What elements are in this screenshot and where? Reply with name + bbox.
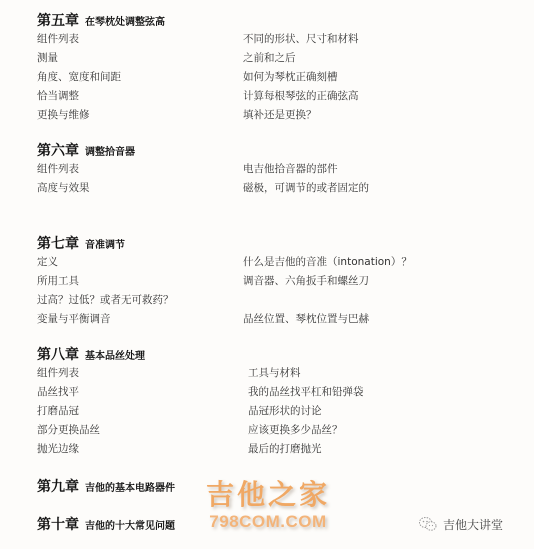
toc-item-right: 之前和之后 <box>243 49 296 68</box>
toc-row: 打磨品冠 品冠形状的讨论 <box>37 402 517 421</box>
toc-row: 恰当调整 计算每根琴弦的正确弦高 <box>37 87 517 106</box>
chapter-7: 第七章音准调节 定义 什么是吉他的音准（intonation）？ 所用工具 调音… <box>37 233 517 329</box>
toc-item-right: 最后的打磨抛光 <box>248 440 322 459</box>
toc-item-left: 抛光边缘 <box>37 440 79 459</box>
chapter-name: 调整拾音器 <box>85 147 135 158</box>
chapter-number: 第七章 <box>37 236 79 252</box>
toc-item-right: 应该更换多少品丝？ <box>248 421 343 440</box>
chapter-number: 第十章 <box>37 517 79 533</box>
chapter-name: 音准调节 <box>85 240 125 251</box>
chapter-8: 第八章基本品丝处理 组件列表 工具与材料 品丝找平 我的品丝找平杠和铅弹袋 打磨… <box>37 344 517 459</box>
chapter-name: 基本品丝处理 <box>85 351 145 362</box>
wechat-account-name: 吉他大讲堂 <box>443 516 503 533</box>
toc-item-right: 计算每根琴弦的正确弦高 <box>243 87 359 106</box>
toc-row: 品丝找平 我的品丝找平杠和铅弹袋 <box>37 383 517 402</box>
chapter-name: 吉他的十大常见问题 <box>85 521 175 532</box>
toc-row: 更换与维修 填补还是更换？ <box>37 106 517 125</box>
chapter-heading: 第九章吉他的基本电路器件 <box>37 476 517 496</box>
chapter-name: 在琴枕处调整弦高 <box>85 17 165 28</box>
chapter-number: 第六章 <box>37 143 79 159</box>
chapter-heading: 第八章基本品丝处理 <box>37 344 517 364</box>
toc-item-right: 如何为琴枕正确刻槽 <box>243 68 338 87</box>
toc-row: 抛光边缘 最后的打磨抛光 <box>37 440 517 459</box>
toc-item-right: 磁极，可调节的或者固定的 <box>243 179 369 198</box>
chapter-9: 第九章吉他的基本电路器件 <box>37 476 517 496</box>
chapter-6: 第六章调整拾音器 组件列表 电吉他拾音器的部件 高度与效果 磁极，可调节的或者固… <box>37 140 517 198</box>
chapter-name: 吉他的基本电路器件 <box>85 483 175 494</box>
toc-item-left: 打磨品冠 <box>37 402 79 421</box>
toc-item-right: 我的品丝找平杠和铅弹袋 <box>248 383 364 402</box>
toc-row: 高度与效果 磁极，可调节的或者固定的 <box>37 179 517 198</box>
toc-item-right: 填补还是更换？ <box>243 106 317 125</box>
toc-item-left: 所用工具 <box>37 272 79 291</box>
chapter-number: 第九章 <box>37 479 79 495</box>
toc-row: 定义 什么是吉他的音准（intonation）？ <box>37 253 517 272</box>
toc-row: 测量 之前和之后 <box>37 49 517 68</box>
toc-item-left: 测量 <box>37 49 58 68</box>
toc-item-right: 品冠形状的讨论 <box>248 402 322 421</box>
chapter-heading: 第七章音准调节 <box>37 233 517 253</box>
toc-item-left: 更换与维修 <box>37 106 90 125</box>
chapter-heading: 第五章在琴枕处调整弦高 <box>37 10 517 30</box>
toc-item-left: 过高？过低？或者无可救药？ <box>37 291 174 310</box>
toc-row: 部分更换品丝 应该更换多少品丝？ <box>37 421 517 440</box>
toc-item-left: 高度与效果 <box>37 179 90 198</box>
chapter-heading: 第六章调整拾音器 <box>37 140 517 160</box>
toc-item-right: 调音器、六角扳手和螺丝刀 <box>243 272 369 291</box>
toc-item-right: 不同的形状、尺寸和材料 <box>243 30 359 49</box>
wechat-account-badge: 吉他大讲堂 <box>418 514 503 534</box>
toc-item-left: 部分更换品丝 <box>37 421 100 440</box>
toc-row: 过高？过低？或者无可救药？ <box>37 291 517 310</box>
toc-item-right: 电吉他拾音器的部件 <box>243 160 338 179</box>
chapter-5: 第五章在琴枕处调整弦高 组件列表 不同的形状、尺寸和材料 测量 之前和之后 角度… <box>37 10 517 125</box>
toc-item-right: 什么是吉他的音准（intonation）？ <box>243 253 412 272</box>
toc-item-left: 恰当调整 <box>37 87 79 106</box>
toc-item-left: 定义 <box>37 253 58 272</box>
toc-item-left: 组件列表 <box>37 160 79 179</box>
toc-item-left: 角度、宽度和间距 <box>37 68 121 87</box>
toc-row: 所用工具 调音器、六角扳手和螺丝刀 <box>37 272 517 291</box>
chapter-number: 第五章 <box>37 13 79 29</box>
toc-row: 角度、宽度和间距 如何为琴枕正确刻槽 <box>37 68 517 87</box>
toc-row: 组件列表 工具与材料 <box>37 364 517 383</box>
toc-item-right: 品丝位置、琴枕位置与巴赫 <box>243 310 369 329</box>
toc-item-left: 组件列表 <box>37 364 79 383</box>
wechat-icon <box>418 516 438 532</box>
chapter-number: 第八章 <box>37 347 79 363</box>
toc-row: 组件列表 不同的形状、尺寸和材料 <box>37 30 517 49</box>
toc-item-left: 变量与平衡调音 <box>37 310 111 329</box>
toc-item-left: 品丝找平 <box>37 383 79 402</box>
toc-item-right: 工具与材料 <box>248 364 301 383</box>
toc-item-left: 组件列表 <box>37 30 79 49</box>
toc-row: 变量与平衡调音 品丝位置、琴枕位置与巴赫 <box>37 310 517 329</box>
toc-row: 组件列表 电吉他拾音器的部件 <box>37 160 517 179</box>
